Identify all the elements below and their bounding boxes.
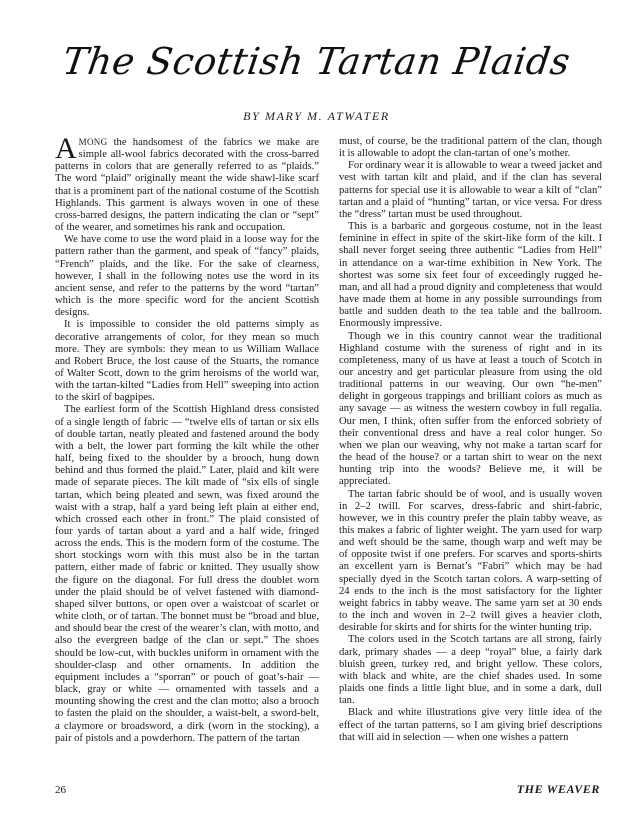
paragraph: Though we in this country cannot wear th… [339, 331, 602, 489]
publication-name: THE WEAVER [517, 782, 600, 797]
paragraph: We have come to use the word plaid in a … [55, 234, 319, 319]
page-number: 26 [55, 784, 66, 796]
right-column: must, of course, be the traditional patt… [339, 136, 602, 744]
paragraph: The colors used in the Scotch tartans ar… [339, 634, 602, 707]
byline: BY MARY M. ATWATER [0, 109, 633, 124]
paragraph: The tartan fabric should be of wool, and… [339, 489, 602, 635]
paragraph: The earliest form of the Scottish Highla… [55, 404, 319, 744]
paragraph: It is impossible to consider the old pat… [55, 319, 319, 404]
paragraph: For ordinary wear it is allowable to wea… [339, 160, 602, 221]
small-caps-lead: MONG [79, 137, 108, 147]
paragraph: This is a barbaric and gorgeous costume,… [339, 221, 602, 330]
left-column: AMONG the handsomest of the fabrics we m… [55, 136, 319, 745]
paragraph: AMONG the handsomest of the fabrics we m… [55, 136, 319, 234]
article-title: The Scottish Tartan Plaids [0, 40, 633, 83]
paragraph: Black and white illustrations give very … [339, 707, 602, 743]
drop-cap: A [55, 137, 77, 161]
paragraph: must, of course, be the traditional patt… [339, 136, 602, 160]
